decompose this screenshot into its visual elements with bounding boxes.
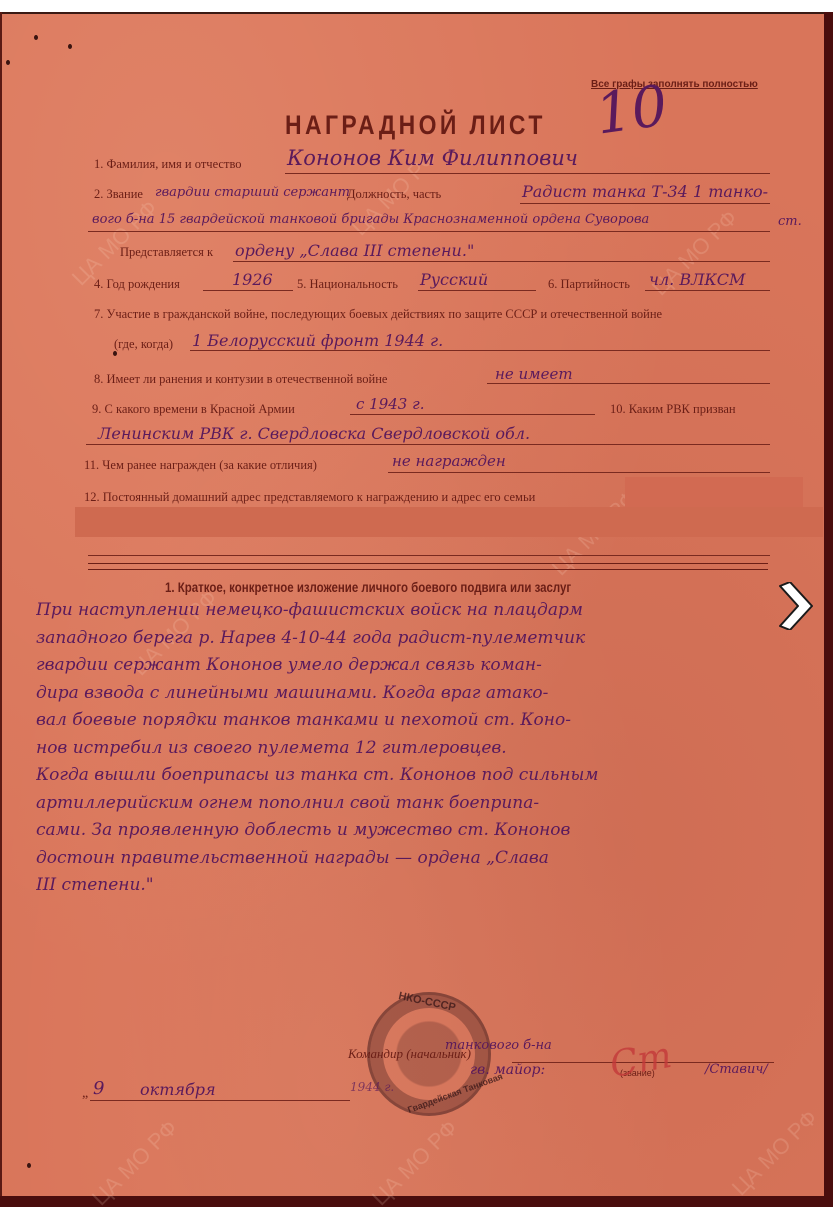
section-title: 1. Краткое, конкретное изложение личного… [165,579,571,595]
date-line [90,1100,350,1101]
sheet-number: 10 [592,73,672,147]
narrative-line: артиллерийским огнем пополнил свой танк … [36,793,776,813]
field-4-label: 4. Год рождения [94,277,180,292]
date-day: 9 [93,1078,104,1099]
field-2-label: 2. Звание [94,187,143,202]
page-title: НАГРАДНОЙ ЛИСТ [285,110,546,141]
field-7-value: 1 Белорусский фронт 1944 г. [192,331,443,350]
field-11-label: 11. Чем ранее награжден (за какие отличи… [84,458,317,473]
field-3-value-line-2: вого б-на 15 гвардейской танковой бригад… [92,212,649,227]
narrative-line: дира взвода с линейными машинами. Когда … [36,683,776,703]
narrative-line: гвардии сержант Кононов умело держал свя… [36,655,776,675]
field-4-line [203,290,293,291]
date-open-quote: „ [82,1086,88,1102]
field-5-label: 5. Национальность [297,277,398,292]
field-3-value-line-1: Радист танка Т-34 1 танко- [522,182,768,201]
field-11-line [388,472,770,473]
sheet-right-frame [824,12,833,1202]
narrative-line: вал боевые порядки танков танками и пехо… [36,710,776,730]
field-12-line [88,555,770,556]
field-5-value: Русский [420,270,488,289]
field-6-label: 6. Партийность [548,277,630,292]
redacted-address-2 [75,507,823,537]
narrative-line: западного берега р. Нарев 4-10-44 года р… [36,628,776,648]
next-page-button[interactable] [772,582,814,630]
field-3-line-2 [88,231,770,232]
rank-value: гв. майор: [470,1062,545,1078]
field-8-label: 8. Имеет ли ранения и контузии в отечест… [94,372,387,387]
field-2-value: гвардии старший сержант [155,185,350,200]
redacted-address-1 [625,477,803,507]
field-10-line [86,444,770,445]
paper-speck [27,1163,31,1168]
field-6-line [645,290,770,291]
field-4-value: 1926 [232,270,273,289]
award-line [233,261,770,262]
field-8-value: не имеет [495,365,573,383]
paper-speck [68,44,72,49]
date-year: 1944 г. [350,1080,394,1094]
field-1-label: 1. Фамилия, имя и отчество [94,157,242,172]
award-label: Представляется к [120,245,213,260]
field-11-value: не награжден [392,452,506,470]
field-8-line [487,383,770,384]
narrative-line: нов истребил из своего пулемета 12 гитле… [36,738,776,758]
field-9-line [350,414,595,415]
field-1-line [285,173,770,174]
signatory-name: /Ставич/ [705,1062,768,1077]
field-7-line [190,350,770,351]
award-value: ордену „Слава III степени." [235,241,474,260]
paper-speck [34,35,38,40]
field-10-label: 10. Каким РВК призван [610,402,736,417]
field-5-line [418,290,536,291]
field-3-value-suffix: ст. [778,214,802,229]
field-1-value: Кононов Ким Филиппович [287,146,578,170]
field-7-sublabel: (где, когда) [114,337,173,352]
sheet-left-edge [0,12,2,1202]
field-9-value: с 1943 г. [356,395,424,413]
narrative-line: достоин правительственной награды — орде… [36,848,776,868]
field-10-value: Ленинским РВК г. Свердловска Свердловско… [98,424,530,443]
commander-value: танкового б-на [445,1038,552,1053]
section-divider [88,563,768,570]
narrative-line: Когда вышли боеприпасы из танка ст. Коно… [36,765,776,785]
narrative-line: III степени." [36,875,776,895]
chevron-right-icon [772,582,814,630]
field-3-line-1 [520,203,770,204]
field-3-label: Должность, часть [347,187,441,202]
field-7-label: 7. Участие в гражданской войне, последую… [94,307,662,322]
field-12-label: 12. Постоянный домашний адрес представля… [84,490,535,505]
paper-speck [6,60,10,65]
date-month: октября [140,1080,216,1099]
field-6-value: чл. ВЛКСМ [649,270,745,289]
narrative-line: При наступлении немецко-фашистских войск… [36,600,776,620]
field-9-label: 9. С какого времени в Красной Армии [92,402,295,417]
narrative-line: сами. За проявленную доблесть и мужество… [36,820,776,840]
sheet-bottom-frame [0,1196,833,1207]
